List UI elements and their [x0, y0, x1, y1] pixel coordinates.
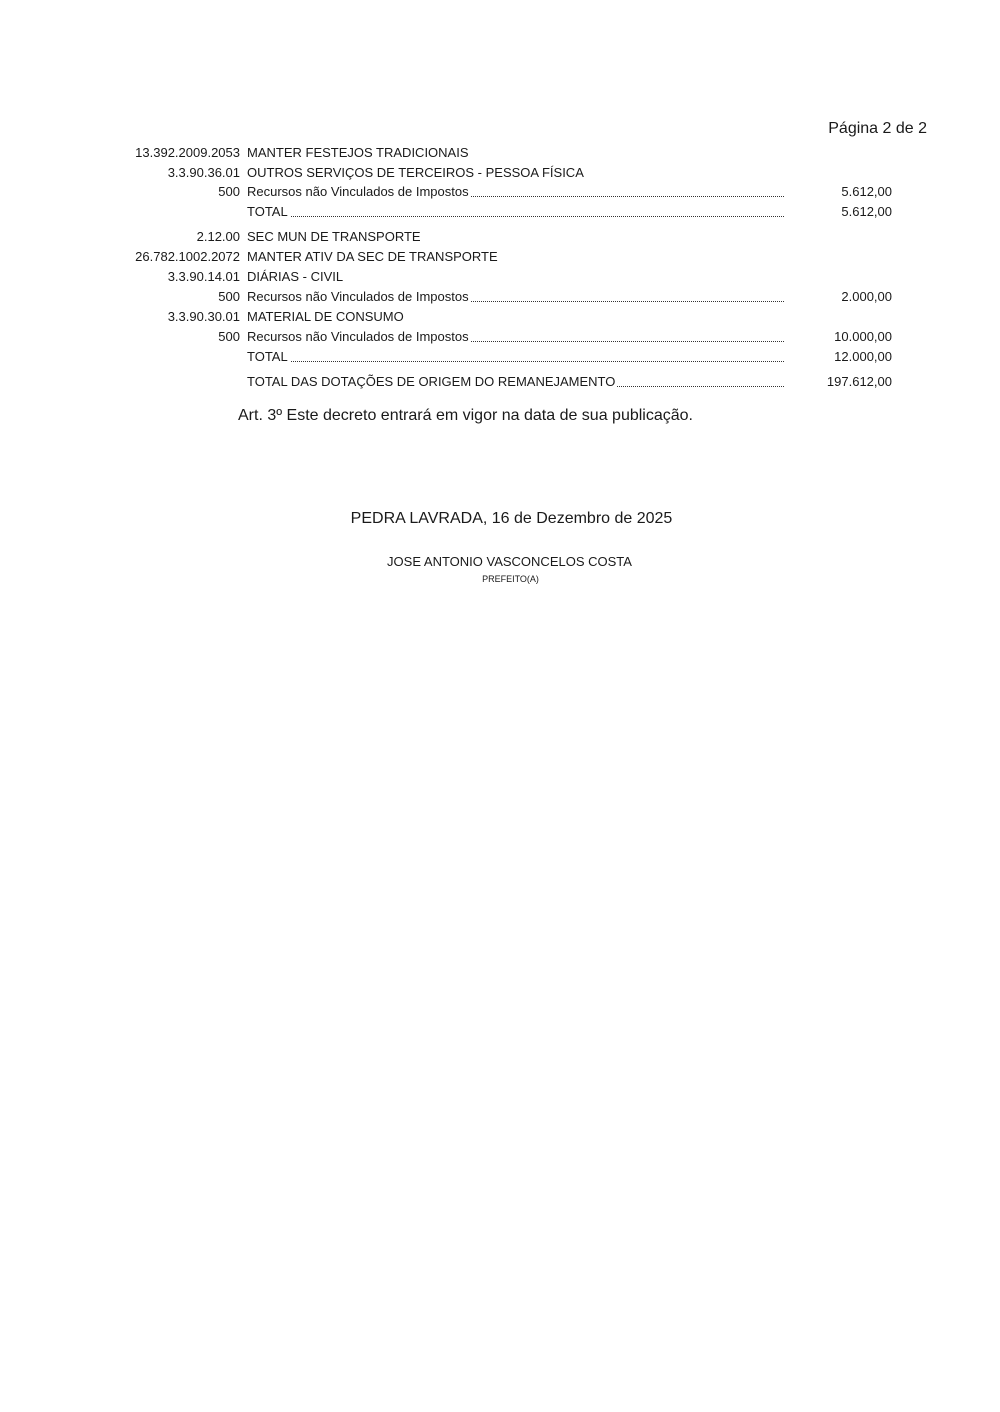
- row-description: OUTROS SERVIÇOS DE TERCEIROS - PESSOA FÍ…: [247, 163, 584, 183]
- row-amount: 5.612,00: [841, 202, 892, 222]
- row-description: MANTER FESTEJOS TRADICIONAIS: [247, 143, 469, 163]
- row-label: TOTAL: [247, 349, 290, 364]
- article-text: Art. 3º Este decreto entrará em vigor na…: [238, 407, 693, 425]
- row-description: Recursos não Vinculados de Impostos: [247, 287, 784, 307]
- row-code: 500: [218, 327, 240, 347]
- table-row: 3.3.90.30.01MATERIAL DE CONSUMO: [0, 307, 1000, 327]
- table-row: 13.392.2009.2053MANTER FESTEJOS TRADICIO…: [0, 143, 1000, 163]
- row-description: TOTAL DAS DOTAÇÕES DE ORIGEM DO REMANEJA…: [247, 372, 784, 392]
- row-label: TOTAL DAS DOTAÇÕES DE ORIGEM DO REMANEJA…: [247, 374, 617, 389]
- row-code: 3.3.90.14.01: [168, 267, 240, 287]
- row-label: Recursos não Vinculados de Impostos: [247, 184, 471, 199]
- row-code: 3.3.90.36.01: [168, 163, 240, 183]
- row-label: Recursos não Vinculados de Impostos: [247, 329, 471, 344]
- signer-role: PREFEITO(A): [0, 574, 1000, 584]
- table-row: 26.782.1002.2072MANTER ATIV DA SEC DE TR…: [0, 247, 1000, 267]
- row-description: SEC MUN DE TRANSPORTE: [247, 227, 421, 247]
- table-row: 500Recursos não Vinculados de Impostos2.…: [0, 287, 1000, 307]
- row-description: MANTER ATIV DA SEC DE TRANSPORTE: [247, 247, 498, 267]
- row-description: TOTAL: [247, 347, 784, 367]
- table-row: TOTAL5.612,00: [0, 202, 1000, 222]
- row-amount: 12.000,00: [834, 347, 892, 367]
- row-label: TOTAL: [247, 204, 290, 219]
- table-row: TOTAL12.000,00: [0, 347, 1000, 367]
- row-code: 13.392.2009.2053: [135, 143, 240, 163]
- row-amount: 2.000,00: [841, 287, 892, 307]
- row-code: 500: [218, 287, 240, 307]
- row-description: Recursos não Vinculados de Impostos: [247, 327, 784, 347]
- row-code: 26.782.1002.2072: [135, 247, 240, 267]
- dot-leader: [247, 216, 784, 217]
- row-description: DIÁRIAS - CIVIL: [247, 267, 343, 287]
- row-amount: 5.612,00: [841, 182, 892, 202]
- table-row: 3.3.90.14.01DIÁRIAS - CIVIL: [0, 267, 1000, 287]
- table-row: TOTAL DAS DOTAÇÕES DE ORIGEM DO REMANEJA…: [0, 372, 1000, 392]
- table-row: 500Recursos não Vinculados de Impostos10…: [0, 327, 1000, 347]
- table-row: 2.12.00SEC MUN DE TRANSPORTE: [0, 227, 1000, 247]
- row-code: 3.3.90.30.01: [168, 307, 240, 327]
- dot-leader: [247, 361, 784, 362]
- row-code: 2.12.00: [197, 227, 240, 247]
- row-code: 500: [218, 182, 240, 202]
- row-description: Recursos não Vinculados de Impostos: [247, 182, 784, 202]
- page-number: Página 2 de 2: [828, 120, 927, 138]
- signer-name: JOSE ANTONIO VASCONCELOS COSTA: [0, 554, 1000, 569]
- row-description: TOTAL: [247, 202, 784, 222]
- row-amount: 10.000,00: [834, 327, 892, 347]
- row-amount: 197.612,00: [827, 372, 892, 392]
- place-date: PEDRA LAVRADA, 16 de Dezembro de 2025: [0, 510, 1000, 528]
- table-row: 500Recursos não Vinculados de Impostos5.…: [0, 182, 1000, 202]
- table-row: 3.3.90.36.01OUTROS SERVIÇOS DE TERCEIROS…: [0, 163, 1000, 183]
- row-label: Recursos não Vinculados de Impostos: [247, 289, 471, 304]
- row-description: MATERIAL DE CONSUMO: [247, 307, 404, 327]
